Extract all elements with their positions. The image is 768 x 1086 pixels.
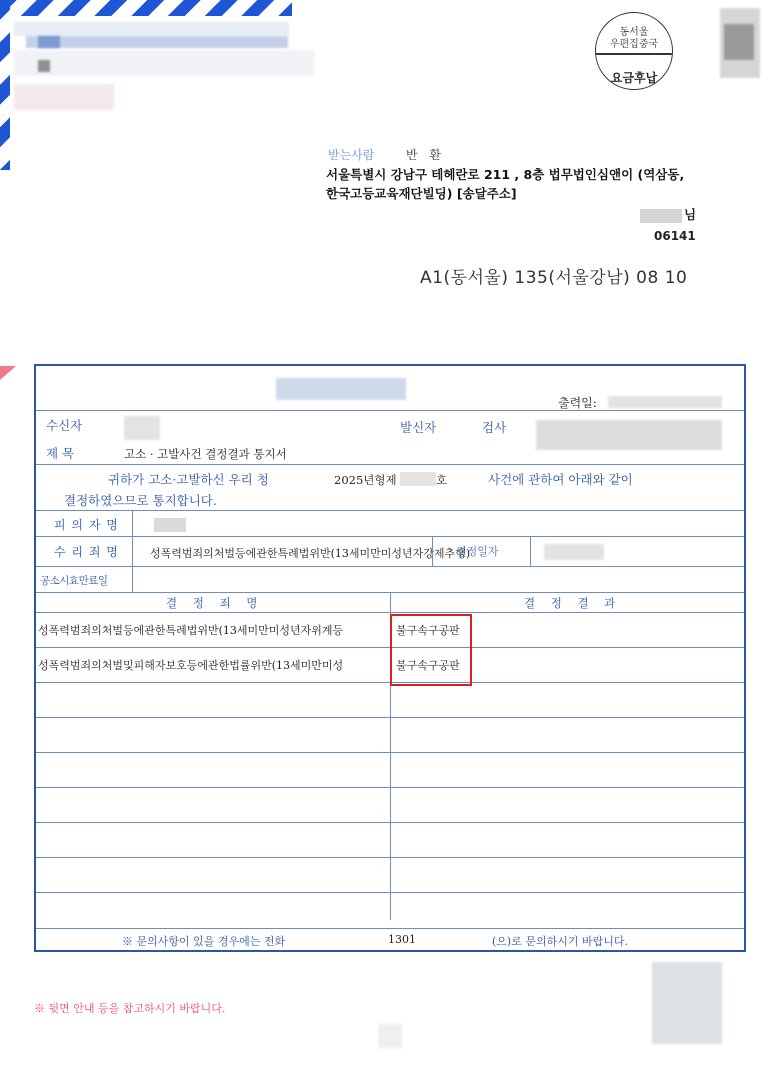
- case-suffix: 호: [436, 472, 447, 488]
- sender-label: 발신자: [400, 418, 436, 436]
- case-number-redacted: [400, 472, 436, 486]
- table-row-charge: 성폭력범죄의처벌및피해자보호등에관한법률위반(13세미만미성: [38, 657, 388, 673]
- divider: [36, 410, 744, 411]
- table-header-charge: 결 정 죄 명: [166, 595, 263, 611]
- routing-code: A1(동서울) 135(서울강남) 08 10: [420, 263, 687, 288]
- table-row-divider: [36, 857, 744, 858]
- result-highlight-box: [390, 614, 472, 686]
- recipient-name-redacted: [640, 209, 682, 223]
- divider: [36, 536, 744, 537]
- recipient-name: 님: [640, 205, 696, 223]
- table-row-divider: [36, 892, 744, 893]
- airmail-stripe-left: [0, 0, 10, 170]
- statute-label: 공소시효만료일: [40, 573, 108, 588]
- decision-date-label: 결정일자: [456, 543, 499, 559]
- address-line1: 서울특별시 강남구 테헤란로 211 , 8층 법무법인심앤이 (역삼동,: [326, 165, 706, 184]
- subject-value: 고소 · 고발사건 결정결과 통지서: [124, 446, 287, 462]
- decision-date-redacted: [544, 544, 604, 560]
- intro-part1: 귀하가 고소·고발하신 우리 청: [108, 470, 269, 488]
- table-row-divider: [36, 717, 744, 718]
- recipient-label: 받는사람: [328, 146, 374, 163]
- stamp-office-line2: 우편집중국: [596, 39, 672, 51]
- recipient-suffix: 님: [684, 207, 696, 222]
- airmail-stripe-top: [0, 0, 292, 16]
- case-prefix: 2025년형제: [334, 472, 397, 488]
- address-line2: 한국고등교육재단빌딩) [송달주소]: [326, 184, 706, 203]
- intro-line2: 결정하였으므로 통지합니다.: [64, 491, 217, 509]
- return-label: 반 환: [406, 146, 445, 163]
- table-row-charge: 성폭력범죄의처벌등에관한특례법위반(13세미만미성년자위계등: [38, 622, 388, 638]
- notice-recipient-label: 수신자: [46, 416, 82, 434]
- sender-role: 검사: [482, 418, 506, 436]
- divider: [36, 566, 744, 567]
- divider: [132, 510, 133, 592]
- divider: [432, 536, 433, 566]
- print-date-redacted: [608, 396, 722, 408]
- divider: [530, 536, 531, 566]
- charge-label: 수 리 죄 명: [54, 543, 119, 560]
- notice-recipient-redacted: [124, 416, 160, 440]
- table-row-divider: [36, 752, 744, 753]
- divider: [36, 928, 744, 929]
- footer-inquiry-suffix: (으)로 문의하시기 바랍니다.: [492, 933, 628, 949]
- recipient-address: 서울특별시 강남구 테헤란로 211 , 8층 법무법인심앤이 (역삼동, 한국…: [326, 165, 706, 203]
- sender-name-redacted: [536, 420, 722, 450]
- page-mark-redacted: [378, 1024, 402, 1048]
- issuing-office-redacted: [276, 378, 406, 400]
- suspect-name-redacted: [154, 518, 186, 532]
- intro-part2: 사건에 관하여 아래와 같이: [488, 470, 633, 488]
- stamp-office-line1: 동서울: [596, 27, 672, 39]
- subject-label: 제 목: [46, 444, 74, 462]
- corner-mark: [0, 366, 16, 380]
- table-row-divider: [36, 822, 744, 823]
- footer-phone: 1301: [388, 933, 416, 946]
- divider: [36, 464, 744, 465]
- back-page-note: ※ 뒷면 안내 등을 참고하시기 바랍니다.: [34, 1000, 225, 1016]
- table-row-divider: [36, 787, 744, 788]
- postage-stamp: 동서울 우편집중국 요금후납: [595, 12, 673, 90]
- decision-notice-form: 출력일: 수신자 발신자 검사 제 목 고소 · 고발사건 결정결과 통지서 귀…: [34, 364, 746, 952]
- suspect-label: 피 의 자 명: [54, 516, 119, 533]
- postal-code: 06141: [654, 229, 696, 243]
- print-date-label: 출력일:: [558, 394, 597, 411]
- stamp-divider: [596, 53, 672, 55]
- stamp-postage-label: 요금후납: [596, 69, 672, 86]
- charge-value: 성폭력범죄의처벌등에관한특례법위반(13세미만미성년자강제추행): [150, 545, 470, 561]
- divider: [36, 510, 744, 511]
- table-header-result: 결 정 결 과: [524, 595, 621, 611]
- footer-inquiry-text: ※ 문의사항이 있을 경우에는 전화: [122, 933, 285, 949]
- stamp-seal-redacted: [652, 962, 722, 1044]
